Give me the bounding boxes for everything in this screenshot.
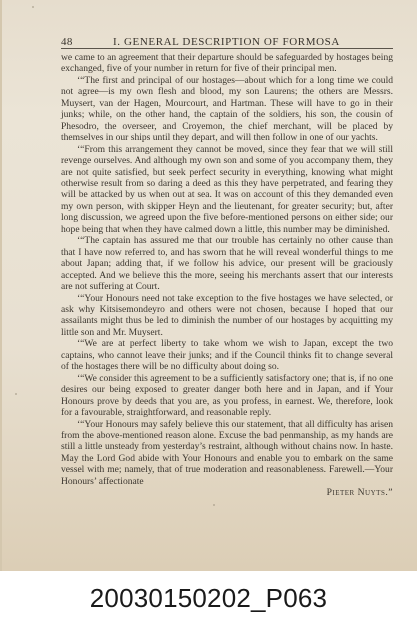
- paragraph: ‘“Your Honours may safely believe this o…: [61, 419, 393, 488]
- body-text: we came to an agreement that their depar…: [61, 52, 393, 499]
- page-number: 48: [61, 36, 73, 48]
- paragraph: ‘“From this arrangement they cannot be m…: [61, 144, 393, 236]
- paragraph: we came to an agreement that their depar…: [61, 52, 393, 75]
- paragraph: ‘“The first and principal of our hostage…: [61, 75, 393, 144]
- paragraph: ‘“We are at perfect liberty to take whom…: [61, 338, 393, 372]
- scanned-page: 48 I. GENERAL DESCRIPTION OF FORMOSA we …: [0, 0, 417, 571]
- signature: Pieter Nuyts.”: [61, 487, 393, 498]
- paper-speck: [32, 6, 34, 8]
- paragraph: ‘“Your Honours need not take exception t…: [61, 293, 393, 339]
- running-head: 48 I. GENERAL DESCRIPTION OF FORMOSA: [61, 30, 393, 49]
- paragraph: ‘“The captain has assured me that our tr…: [61, 235, 393, 292]
- paragraph: ‘“We consider this agreement to be a suf…: [61, 373, 393, 419]
- paper-speck: [213, 504, 215, 506]
- chapter-title: I. GENERAL DESCRIPTION OF FORMOSA: [113, 36, 340, 48]
- image-identifier-caption: 20030150202_P063: [0, 583, 417, 614]
- book-page: 48 I. GENERAL DESCRIPTION OF FORMOSA we …: [61, 30, 393, 499]
- paper-speck: [15, 393, 17, 395]
